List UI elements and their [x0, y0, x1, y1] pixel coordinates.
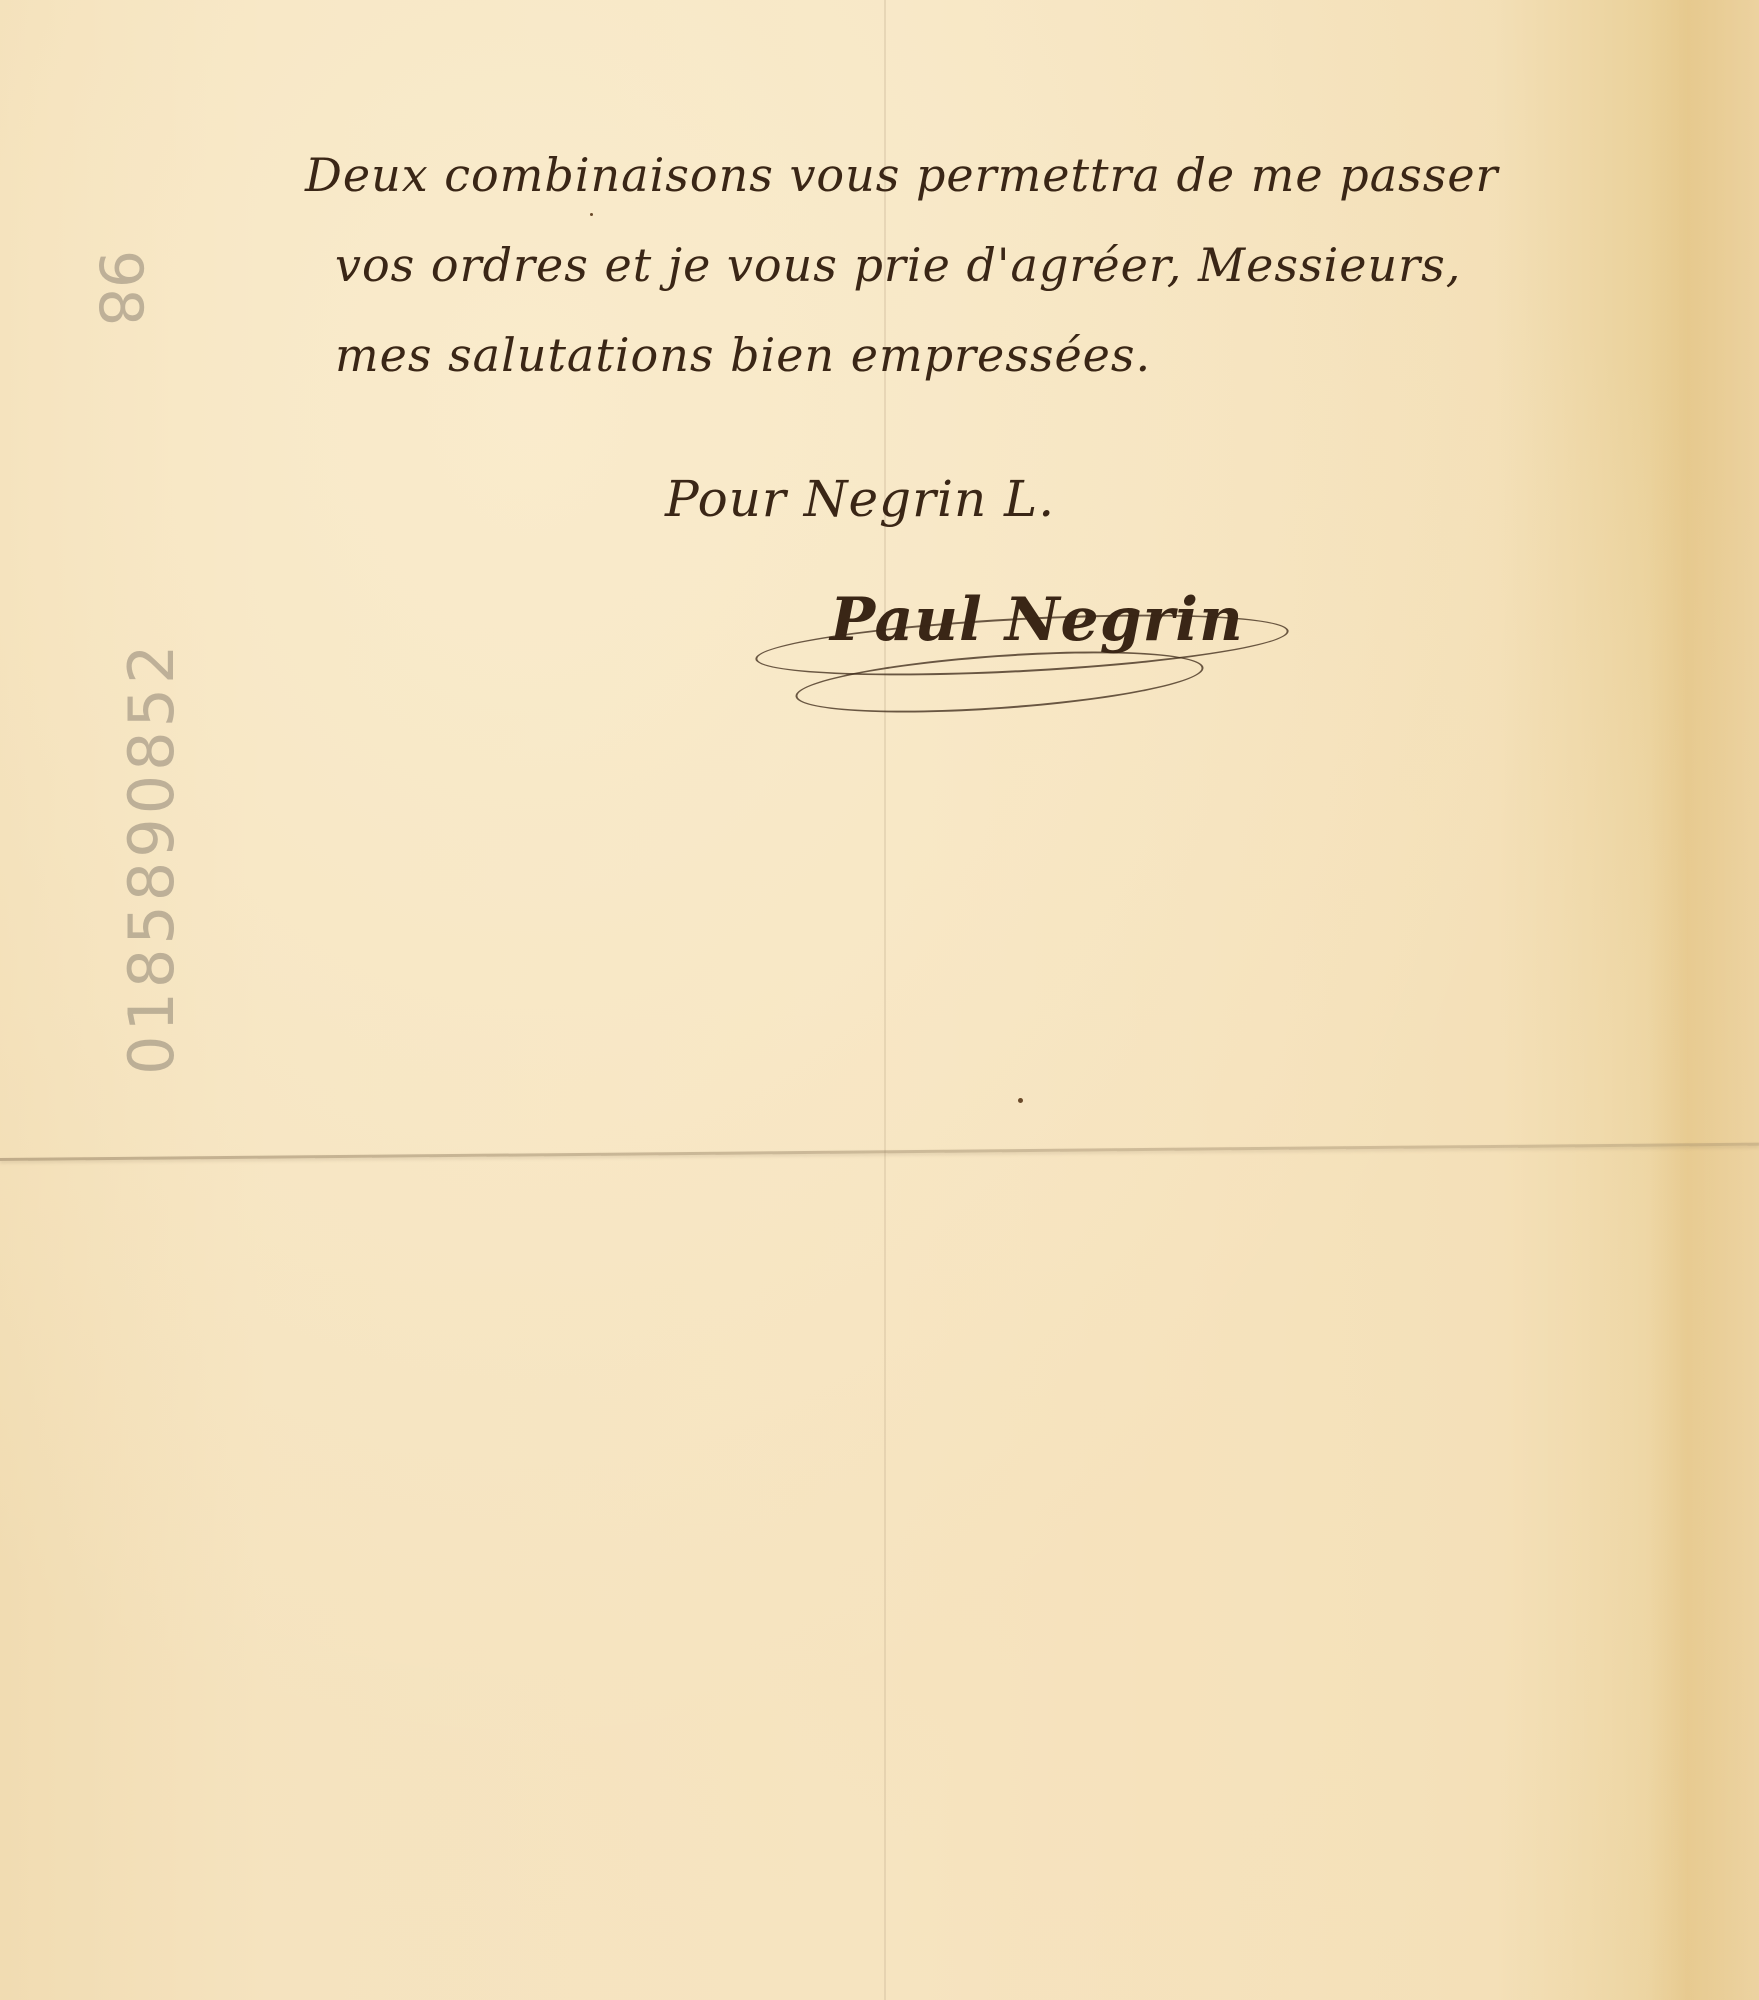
closing-line: Pour Negrin L.	[665, 470, 1055, 528]
folio-number: 98	[85, 250, 155, 326]
body-line-3: mes salutations bien empressées.	[335, 328, 1151, 382]
catalog-number: 0185890852	[115, 641, 188, 1075]
horizontal-fold-line	[0, 1143, 1759, 1161]
vertical-fold-line	[884, 0, 886, 2000]
aged-edge-stain	[1649, 0, 1759, 2000]
body-line-1: Deux combinaisons vous permettra de me p…	[305, 148, 1499, 202]
ink-speck	[1018, 1098, 1023, 1103]
body-line-2: vos ordres et je vous prie d'agréer, Mes…	[335, 238, 1461, 292]
ink-speck	[590, 213, 593, 216]
letter-page: 98 0185890852 Deux combinaisons vous per…	[0, 0, 1759, 2000]
